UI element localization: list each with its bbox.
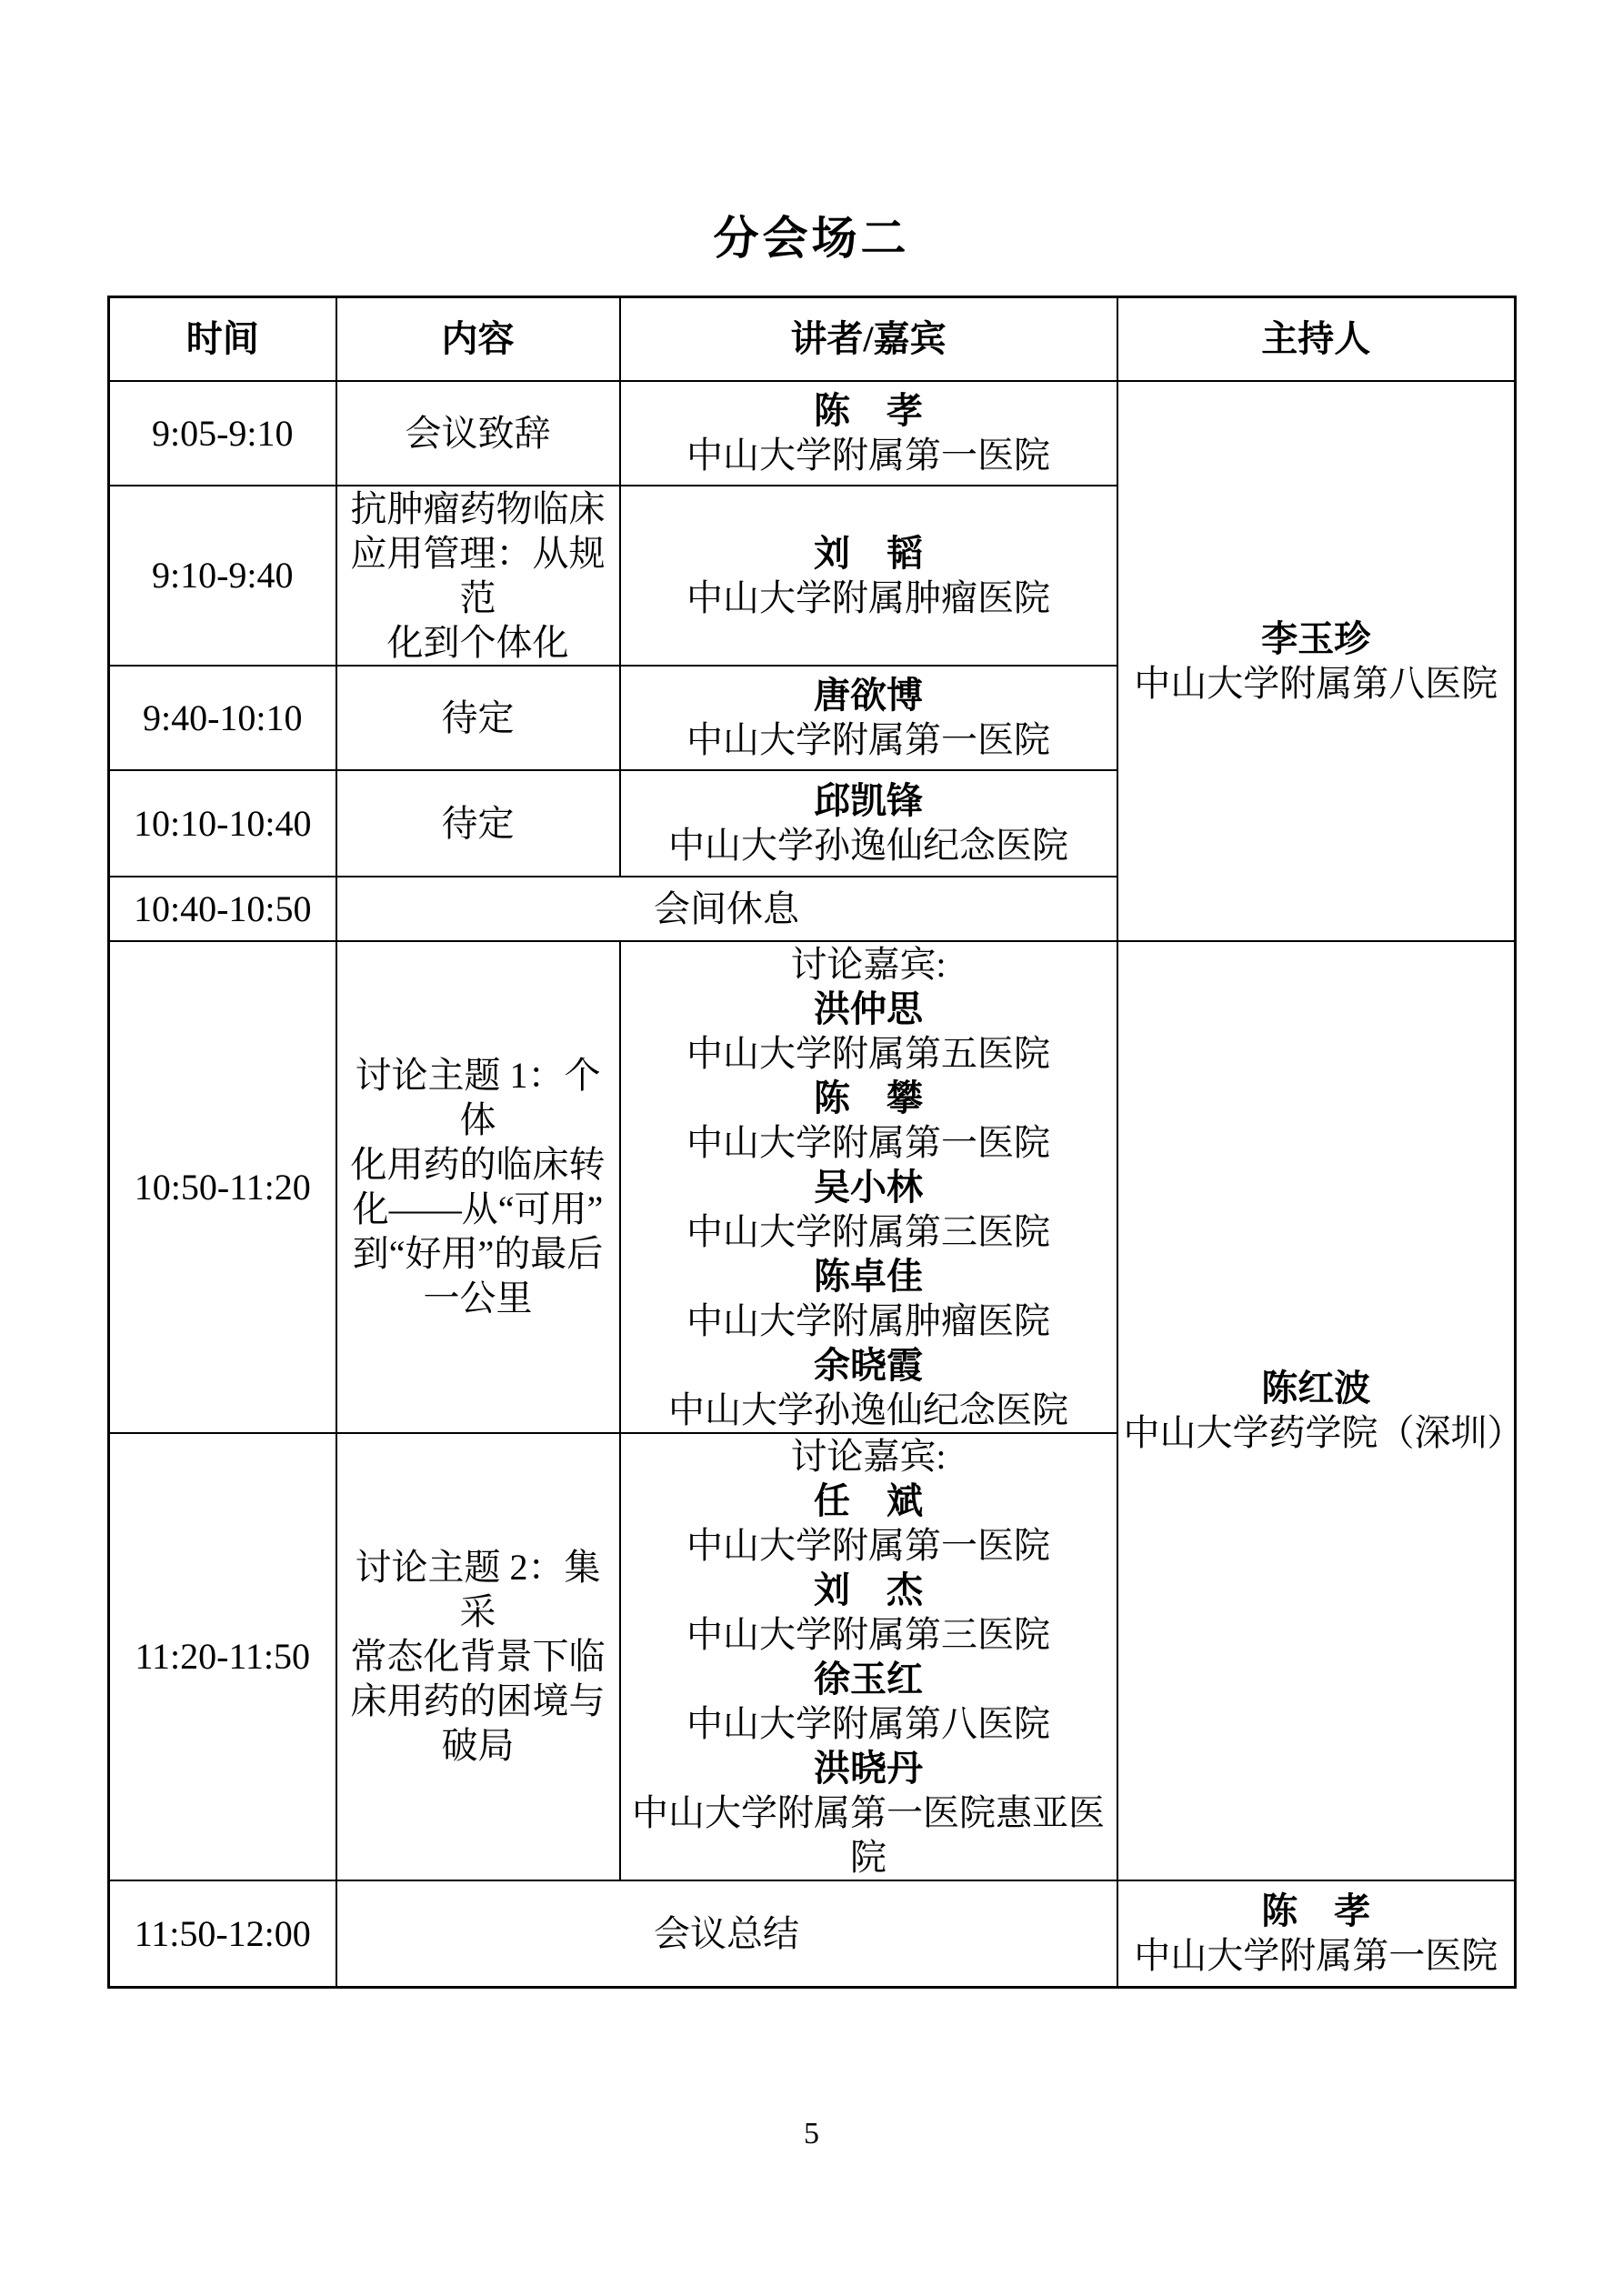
guest-affiliation: 中山大学附属第五医院 <box>626 1031 1111 1076</box>
guest-affiliation: 中山大学附属第八医院 <box>626 1701 1111 1746</box>
guest-name: 徐玉红 <box>626 1657 1111 1701</box>
page-title: 分会场二 <box>0 202 1623 267</box>
speaker-name: 唐欲博 <box>626 673 1111 717</box>
guest-affiliation: 中山大学附属第三医院 <box>626 1612 1111 1657</box>
host-cell: 陈红波 中山大学药学院（深圳） <box>1117 941 1516 1880</box>
content-cell: 待定 <box>336 770 620 877</box>
schedule-table: 时间 内容 讲者/嘉宾 主持人 9:05-9:10 会议致辞 陈 孝 中山大学附… <box>107 296 1517 1989</box>
header-cell-speaker: 讲者/嘉宾 <box>620 297 1117 381</box>
speaker-affiliation: 中山大学孙逸仙纪念医院 <box>626 823 1111 867</box>
speaker-cell: 唐欲博 中山大学附属第一医院 <box>620 666 1117 770</box>
guest-affiliation: 中山大学孙逸仙纪念医院 <box>626 1388 1111 1432</box>
guest-name: 陈 攀 <box>626 1076 1111 1120</box>
speaker-affiliation: 中山大学附属肿瘤医院 <box>626 576 1111 620</box>
time-cell: 11:20-11:50 <box>109 1433 336 1880</box>
host-cell: 陈 孝 中山大学附属第一医院 <box>1117 1880 1516 1988</box>
content-cell: 待定 <box>336 666 620 770</box>
host-name: 李玉珍 <box>1124 617 1509 661</box>
host-cell: 李玉珍 中山大学附属第八医院 <box>1117 381 1516 941</box>
speaker-affiliation: 中山大学附属第一医院 <box>626 717 1111 762</box>
speaker-cell: 陈 孝 中山大学附属第一医院 <box>620 381 1117 486</box>
content-cell: 抗肿瘤药物临床 应用管理：从规范 化到个体化 <box>336 486 620 666</box>
host-affiliation: 中山大学附属第八医院 <box>1124 661 1509 706</box>
guest-name: 任 斌 <box>626 1479 1111 1523</box>
break-cell: 会间休息 <box>336 877 1117 941</box>
speaker-affiliation: 中山大学附属第一医院 <box>626 433 1111 477</box>
content-cell: 讨论主题 1：个体 化用药的临床转 化——从“可用” 到“好用”的最后 一公里 <box>336 941 620 1433</box>
content-cell: 讨论主题 2：集采 常态化背景下临 床用药的困境与 破局 <box>336 1433 620 1880</box>
guest-name: 洪仲思 <box>626 987 1111 1031</box>
guest-affiliation: 中山大学附属第一医院 <box>626 1523 1111 1568</box>
summary-cell: 会议总结 <box>336 1880 1117 1988</box>
time-cell: 10:50-11:20 <box>109 941 336 1433</box>
time-cell: 10:40-10:50 <box>109 877 336 941</box>
time-cell: 10:10-10:40 <box>109 770 336 877</box>
guest-name: 余晓霞 <box>626 1343 1111 1388</box>
guest-label: 讨论嘉宾: <box>626 942 1111 987</box>
host-name: 陈红波 <box>1124 1366 1509 1410</box>
header-row: 时间 内容 讲者/嘉宾 主持人 <box>109 297 1516 381</box>
speaker-name: 陈 孝 <box>626 388 1111 433</box>
time-cell: 9:40-10:10 <box>109 666 336 770</box>
host-affiliation: 中山大学药学院（深圳） <box>1124 1410 1509 1455</box>
page-number: 5 <box>0 2117 1623 2151</box>
discussion-row: 10:50-11:20 讨论主题 1：个体 化用药的临床转 化——从“可用” 到… <box>109 941 1516 1433</box>
guest-name: 洪晓丹 <box>626 1746 1111 1790</box>
content-cell: 会议致辞 <box>336 381 620 486</box>
guest-affiliation: 中山大学附属第一医院惠亚医院 <box>626 1790 1111 1880</box>
header-cell-time: 时间 <box>109 297 336 381</box>
guest-name: 吴小林 <box>626 1165 1111 1209</box>
host-name: 陈 孝 <box>1124 1889 1509 1933</box>
time-cell: 9:10-9:40 <box>109 486 336 666</box>
time-cell: 9:05-9:10 <box>109 381 336 486</box>
guest-name: 刘 杰 <box>626 1568 1111 1612</box>
speaker-name: 邱凯锋 <box>626 778 1111 823</box>
guests-cell: 讨论嘉宾: 任 斌 中山大学附属第一医院 刘 杰 中山大学附属第三医院 徐玉红 … <box>620 1433 1117 1880</box>
guests-cell: 讨论嘉宾: 洪仲思 中山大学附属第五医院 陈 攀 中山大学附属第一医院 吴小林 … <box>620 941 1117 1433</box>
guest-label: 讨论嘉宾: <box>626 1434 1111 1479</box>
table-row: 9:05-9:10 会议致辞 陈 孝 中山大学附属第一医院 李玉珍 中山大学附属… <box>109 381 1516 486</box>
document-page: 分会场二 时间 内容 讲者/嘉宾 主持人 9:05-9:10 会议致辞 陈 孝 … <box>0 0 1623 2296</box>
speaker-cell: 刘 韬 中山大学附属肿瘤医院 <box>620 486 1117 666</box>
speaker-cell: 邱凯锋 中山大学孙逸仙纪念医院 <box>620 770 1117 877</box>
guest-name: 陈卓佳 <box>626 1254 1111 1298</box>
summary-row: 11:50-12:00 会议总结 陈 孝 中山大学附属第一医院 <box>109 1880 1516 1988</box>
guest-affiliation: 中山大学附属第三医院 <box>626 1209 1111 1254</box>
header-cell-content: 内容 <box>336 297 620 381</box>
time-cell: 11:50-12:00 <box>109 1880 336 1988</box>
guest-affiliation: 中山大学附属肿瘤医院 <box>626 1298 1111 1343</box>
speaker-name: 刘 韬 <box>626 531 1111 576</box>
guest-affiliation: 中山大学附属第一医院 <box>626 1120 1111 1165</box>
header-cell-host: 主持人 <box>1117 297 1516 381</box>
host-affiliation: 中山大学附属第一医院 <box>1124 1933 1509 1978</box>
